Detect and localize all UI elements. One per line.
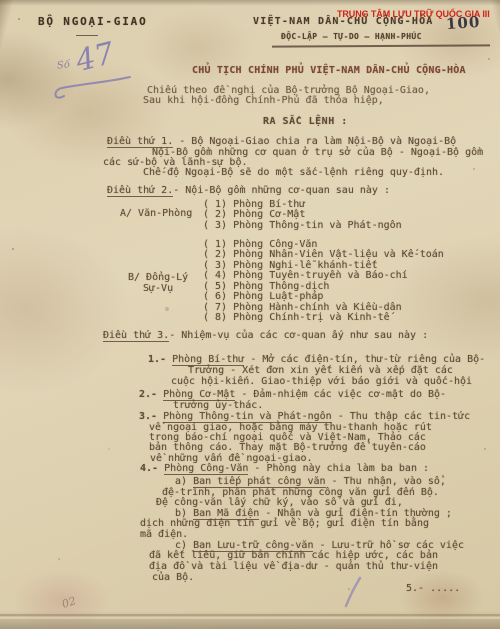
sub-b-line-2: dịch những điện tín gửi về Bộ; gửi điện … — [140, 519, 429, 530]
sub-a-text: - Thu nhận, vào sổ, — [326, 476, 446, 487]
item-3-text: - Thu thập các tin-tức — [332, 411, 470, 422]
republic-name: VIỆT-NAM DÂN-CHỦ CỘNG-HÒA — [253, 17, 434, 28]
sub-a-letter: a) — [175, 476, 193, 487]
sub-a-line-1: a) Ban tiếp phát công văn - Thu nhận, và… — [175, 477, 446, 488]
article-2-first-text: - Nội-Bộ gồm những cơ-quan sau này : — [173, 185, 390, 196]
group-a-item: ( 2) Phòng Cơ-Mật — [203, 210, 305, 221]
serial-underline-flourish — [50, 74, 135, 102]
preamble-line-2: Sau khi hội-đồng Chính-Phủ đã thỏa hiệp, — [143, 96, 384, 107]
ministry-underline — [76, 35, 98, 36]
group-b-label-line-1: B/ Đổng-Lý — [128, 273, 188, 284]
ministry-name: BỘ NGOẠI-GIAO — [38, 17, 148, 28]
item-2-line-1: 2.- Phòng Cơ-Mật - Đảm-nhiệm các việc cơ… — [139, 390, 446, 401]
paper-specks-overlay — [18, 18, 20, 20]
article-3-first-text: - Nhiệm-vụ của các cơ-quan ấy như sau nà… — [169, 330, 428, 341]
scanned-document-photo: TRUNG TÂM LƯU TRỮ QUỐC GIA III BỘ NGOẠI-… — [0, 0, 500, 629]
group-b-label-line-2: Sự-Vụ — [143, 284, 173, 295]
item-1-number: 1.- — [148, 354, 172, 365]
item-2-number: 2.- — [139, 389, 163, 400]
group-b-item: ( 2) Phòng Nhân-Viên Vật-liệu và Kế-toán — [203, 250, 444, 261]
group-a-item: ( 3) Phòng Thông-tin và Phát-ngôn — [203, 221, 402, 232]
item-1-text: - Mở các điện-tín, thư-từ riêng của Bộ- — [244, 354, 485, 365]
sub-c-line-4: của Bộ. — [152, 573, 194, 584]
item-4-text: - Phòng này chia làm ba ban : — [248, 463, 429, 474]
bottom-crease — [0, 614, 500, 616]
group-b-item: ( 8) Phòng Chính-trị và Kinh-tế — [203, 313, 390, 324]
group-b-item: ( 4) Phòng Tuyên-truyền và Báo-chí — [203, 271, 408, 282]
item-1-line-1: 1.- Phòng Bí-thư - Mở các điện-tín, thư-… — [148, 355, 485, 366]
article-1-line-4: Chế-độ Ngoại-Bộ sẽ do một sắc-lệnh riêng… — [143, 168, 444, 179]
sub-a-line-3: Đệ công-văn lấy chữ ký, vào sổ và gửi đi… — [156, 498, 403, 509]
item-2-text: - Đảm-nhiệm các việc cơ-mật do Bộ- — [235, 389, 446, 400]
item-3-line-1: 3.- Phòng Thông-tin và Phát-ngôn - Thu t… — [139, 412, 470, 423]
item-1-line-2: Trưởng - Xét đơn xin yết kiến và xếp đặt… — [188, 366, 453, 377]
article-3-label: Điều thứ 3. — [103, 330, 169, 342]
national-motto: ĐỘC-LẬP – TỰ-DO – HẠNH-PHÚC — [281, 32, 422, 43]
sub-b-line-3: mã điện. — [140, 530, 188, 541]
article-1-line-1: Điều thứ 1. - Bộ Ngoại-Giao chia ra làm … — [107, 137, 456, 148]
article-2-label: Điều thứ 2. — [107, 185, 173, 197]
item-2-line-2: trưởng ủy-thác. — [173, 401, 263, 412]
decree-heading: RA SẮC LỆNH : — [263, 117, 348, 128]
page-number-stamp: 100 — [445, 13, 480, 33]
item-4-line-1: 4.- Phòng Công-Văn - Phòng này chia làm … — [140, 464, 429, 475]
article-3-line-1: Điều thứ 3.- Nhiệm-vụ của các cơ-quan ấy… — [103, 331, 428, 342]
sub-c-line-2: đã kết liễu, giữ bản chính các hiệp ước,… — [149, 551, 438, 562]
serial-number-label: Số — [56, 59, 70, 71]
item-3-line-4: bản thông cáo. Thay mặt Bộ-trưởng để tuy… — [149, 443, 426, 454]
document-title: CHỦ TỊCH CHÍNH PHỦ VIỆT-NAM DÂN-CHỦ CỘNG… — [192, 66, 466, 77]
continuation-mark: 5.- ..... — [406, 584, 460, 595]
item-3-number: 3.- — [139, 411, 163, 422]
article-2-line-1: Điều thứ 2.- Nội-Bộ gồm những cơ-quan sa… — [107, 186, 390, 197]
item-4-number: 4.- — [140, 463, 164, 474]
article-1-first-text: - Bộ Ngoại-Giao chia ra làm Nội-Bộ và Ng… — [173, 136, 456, 147]
group-a-label: A/ Văn-Phòng — [120, 209, 192, 220]
group-b-item: ( 6) Phòng Luật-pháp — [203, 292, 323, 303]
sub-c-line-3: địa đồ và tài liệu về địa-dư - quản thủ … — [149, 562, 438, 573]
item-1-line-3: cuộc hội-kiến. Giao-thiệp với báo giới v… — [171, 377, 472, 388]
pen-mark — [340, 576, 364, 608]
item-4-title: Phòng Công-Văn — [164, 463, 248, 475]
bottom-crease-highlight — [0, 617, 500, 619]
